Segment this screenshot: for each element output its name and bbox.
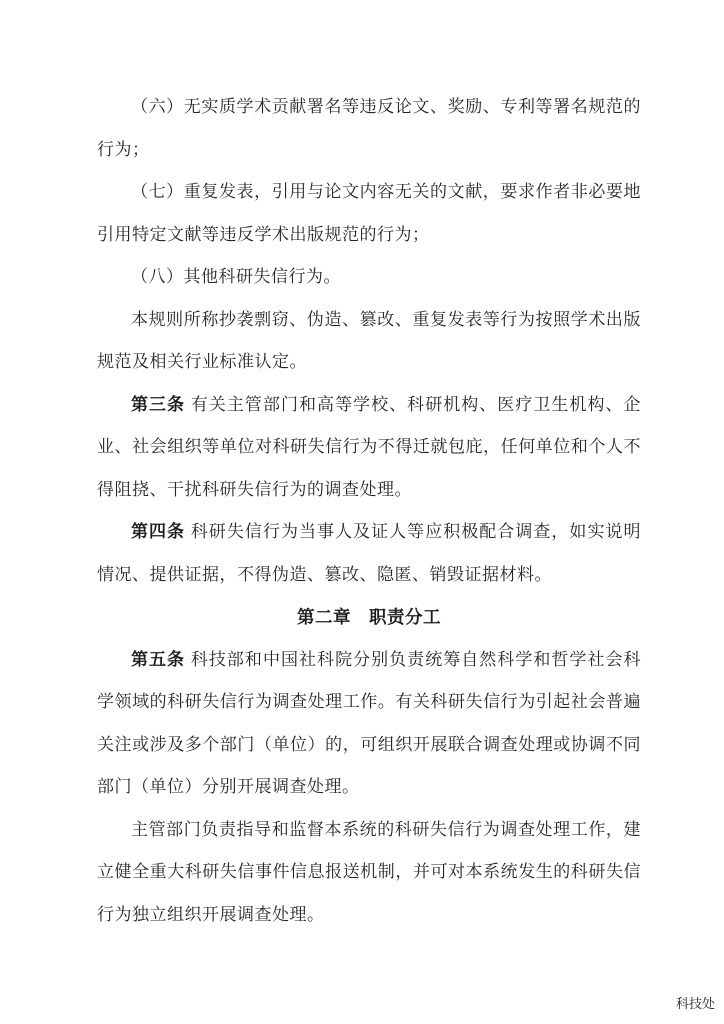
- paragraph: 第五条 科技部和中国社科院分别负责统筹自然科学和哲学社会科学领域的科研失信行为调…: [97, 639, 641, 809]
- text-line: 关注或涉及多个部门（单位）的，可组织开展联合调查处理或协调不同: [97, 724, 641, 767]
- paragraph: 主管部门负责指导和监督本系统的科研失信行为调查处理工作，建立健全重大科研失信事件…: [97, 809, 641, 937]
- paragraph: 本规则所称抄袭剽窃、伪造、篡改、重复发表等行为按照学术出版规范及相关行业标准认定…: [97, 299, 641, 384]
- text-line: 第五条 科技部和中国社科院分别负责统筹自然科学和哲学社会科: [97, 639, 641, 682]
- text-line: 情况、提供证据，不得伪造、篡改、隐匿、销毁证据材料。: [97, 554, 641, 597]
- article-number: 第五条: [131, 650, 185, 669]
- document-content: （六）无实质学术贡献署名等违反论文、奖励、专利等署名规范的行为；（七）重复发表，…: [97, 86, 641, 936]
- paragraph: （七）重复发表，引用与论文内容无关的文献，要求作者非必要地引用特定文献等违反学术…: [97, 171, 641, 256]
- text-line: 第四条 科研失信行为当事人及证人等应积极配合调查，如实说明: [97, 511, 641, 554]
- text-line: 本规则所称抄袭剽窃、伪造、篡改、重复发表等行为按照学术出版: [97, 299, 641, 342]
- text-line: 业、社会组织等单位对科研失信行为不得迁就包庇，任何单位和个人不: [97, 426, 641, 469]
- chapter-heading-text: 第二章 职责分工: [97, 596, 641, 639]
- text-line: （七）重复发表，引用与论文内容无关的文献，要求作者非必要地: [97, 171, 641, 214]
- text-line: 得阻挠、干扰科研失信行为的调查处理。: [97, 469, 641, 512]
- document-page: （六）无实质学术贡献署名等违反论文、奖励、专利等署名规范的行为；（七）重复发表，…: [0, 0, 724, 1024]
- paragraph: （八）其他科研失信行为。: [97, 256, 641, 299]
- text-line: 第三条 有关主管部门和高等学校、科研机构、医疗卫生机构、企: [97, 384, 641, 427]
- paragraph: 第四条 科研失信行为当事人及证人等应积极配合调查，如实说明情况、提供证据，不得伪…: [97, 511, 641, 596]
- text-line: 部门（单位）分别开展调查处理。: [97, 766, 641, 809]
- text-line: 学领域的科研失信行为调查处理工作。有关科研失信行为引起社会普遍: [97, 681, 641, 724]
- paragraph: 第三条 有关主管部门和高等学校、科研机构、医疗卫生机构、企业、社会组织等单位对科…: [97, 384, 641, 512]
- article-number: 第四条: [131, 522, 185, 541]
- text-line: 引用特定文献等违反学术出版规范的行为；: [97, 214, 641, 257]
- text-line: （八）其他科研失信行为。: [97, 256, 641, 299]
- text-line: 行为；: [97, 129, 641, 172]
- footer-department-label: 科技处: [676, 993, 715, 1012]
- text-line: 主管部门负责指导和监督本系统的科研失信行为调查处理工作，建: [97, 809, 641, 852]
- text-line: 行为独立组织开展调查处理。: [97, 894, 641, 937]
- chapter-heading: 第二章 职责分工: [97, 596, 641, 639]
- article-number: 第三条: [131, 395, 185, 414]
- text-line: （六）无实质学术贡献署名等违反论文、奖励、专利等署名规范的: [97, 86, 641, 129]
- paragraph: （六）无实质学术贡献署名等违反论文、奖励、专利等署名规范的行为；: [97, 86, 641, 171]
- text-line: 规范及相关行业标准认定。: [97, 341, 641, 384]
- text-line: 立健全重大科研失信事件信息报送机制，并可对本系统发生的科研失信: [97, 851, 641, 894]
